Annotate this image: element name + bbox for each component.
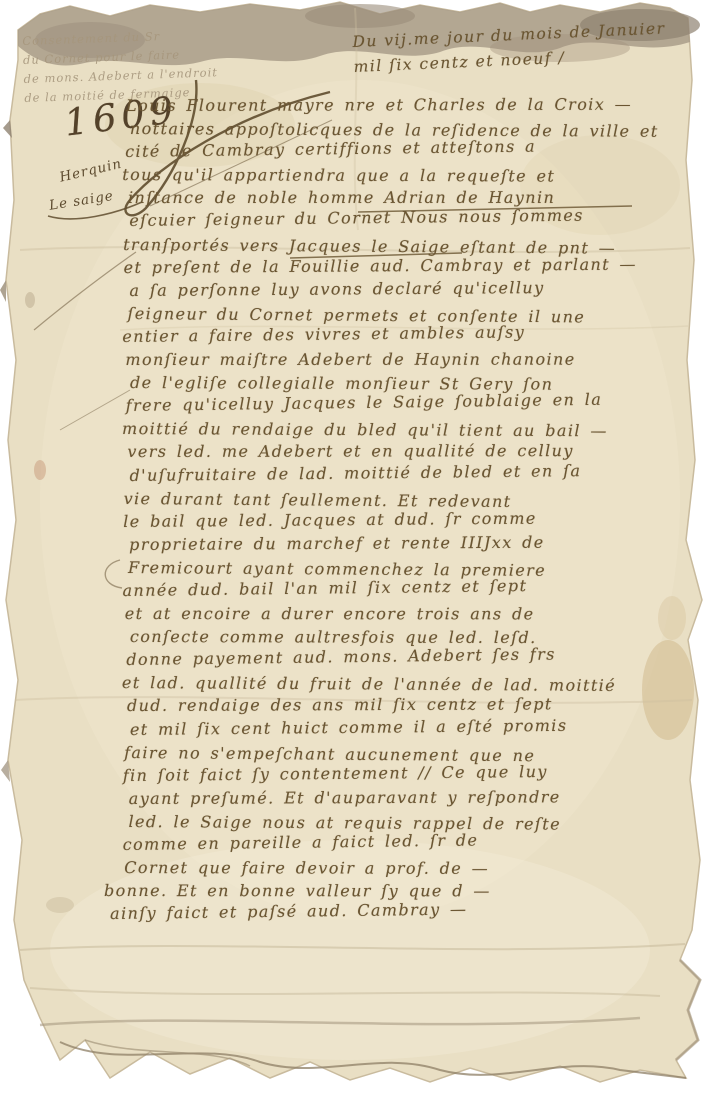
scanned-manuscript-page: Consentement du Sr du Cornet pour le fai… [0, 0, 720, 1100]
manuscript-line: tous qu'il appartiendra que a la requeſt… [122, 165, 702, 190]
manuscript-body: Louis Flourent mayre nre et Charles de l… [126, 96, 706, 927]
manuscript-line: le bail que led. Jacques at dud. ſr comm… [123, 507, 703, 535]
manuscript-line: et mil ſix cent huict comme il a eſté pr… [130, 714, 710, 743]
manuscript-line: fin ſoit faict ſy contentement // Ce que… [123, 760, 703, 789]
small-stain [25, 292, 35, 308]
manuscript-line: eſcuier ſeigneur du Cornet Nous nous ſom… [129, 205, 709, 235]
top-fold-shadow [305, 4, 415, 28]
manuscript-line: Louis Flourent mayre nre et Charles de l… [126, 94, 706, 119]
manuscript-line: monſieur maiſtre Adebert de Haynin chano… [125, 350, 705, 374]
small-stain [34, 460, 46, 480]
manuscript-line: Cornet que faire devoir a prof. de — [124, 858, 704, 883]
manuscript-line: a ſa perſonne luy avons declaré qu'icell… [129, 277, 709, 304]
manuscript-line: ayant preſumé. Et d'auparavant y reſpond… [129, 787, 709, 812]
small-stain [46, 897, 74, 913]
manuscript-line: et at encoire a durer encore trois ans d… [125, 604, 705, 628]
manuscript-line: proprietaire du marchef et rente IIIJxx … [129, 532, 709, 558]
